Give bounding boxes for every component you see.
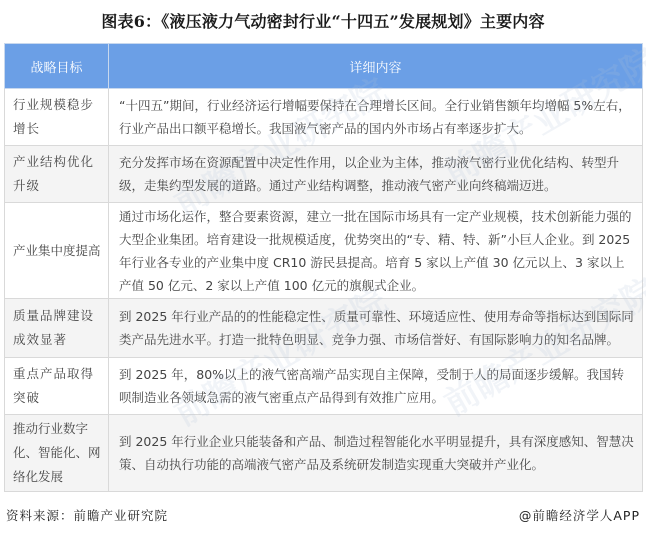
table-row: 行业规模稳步增长 “十四五”期间，行业经济运行增幅要保持在合理增长区间。全行业销… [5, 89, 643, 146]
detail-cell: 充分发挥市场在资源配置中决定性作用，以企业为主体，推动液气密行业优化结构、转型升… [109, 146, 643, 203]
chart-title: 图表6：《液压液力气动密封行业“十四五”发展规划》主要内容 [0, 9, 646, 32]
header-strategic-goal: 战略目标 [5, 44, 109, 89]
detail-cell: “十四五”期间，行业经济运行增幅要保持在合理增长区间。全行业销售额年均增幅 5%… [109, 89, 643, 146]
source-note: 资料来源：前瞻产业研究院 [6, 506, 168, 524]
table-row: 产业集中度提高 通过市场化运作，整合要素资源，建立一批在国际市场具有一定产业规模… [5, 203, 643, 299]
planning-content-table: 战略目标 详细内容 行业规模稳步增长 “十四五”期间，行业经济运行增幅要保持在合… [4, 43, 643, 492]
header-details: 详细内容 [109, 44, 643, 89]
table-row: 推动行业数字化、智能化、网络化发展 到 2025 年行业企业只能装备和产品、制造… [5, 415, 643, 492]
credit-note: @前瞻经济学人APP [519, 506, 640, 524]
table-row: 质量品牌建设成效显著 到 2025 年行业产品的的性能稳定性、质量可靠性、环境适… [5, 299, 643, 358]
table-row: 重点产品取得突破 到 2025 年，80%以上的液气密高端产品实现自主保障，受制… [5, 358, 643, 415]
detail-cell: 到 2025 年行业产品的的性能稳定性、质量可靠性、环境适应性、使用寿命等指标达… [109, 299, 643, 358]
goal-cell: 质量品牌建设成效显著 [5, 299, 109, 358]
detail-cell: 到 2025 年，80%以上的液气密高端产品实现自主保障，受制于人的局面逐步缓解… [109, 358, 643, 415]
detail-cell: 通过市场化运作，整合要素资源，建立一批在国际市场具有一定产业规模，技术创新能力强… [109, 203, 643, 299]
goal-cell: 重点产品取得突破 [5, 358, 109, 415]
goal-cell: 行业规模稳步增长 [5, 89, 109, 146]
table-header-row: 战略目标 详细内容 [5, 44, 643, 89]
detail-cell: 到 2025 年行业企业只能装备和产品、制造过程智能化水平明显提升，具有深度感知… [109, 415, 643, 492]
goal-cell: 产业集中度提高 [5, 203, 109, 299]
goal-cell: 推动行业数字化、智能化、网络化发展 [5, 415, 109, 492]
goal-cell: 产业结构优化升级 [5, 146, 109, 203]
table-row: 产业结构优化升级 充分发挥市场在资源配置中决定性作用，以企业为主体，推动液气密行… [5, 146, 643, 203]
